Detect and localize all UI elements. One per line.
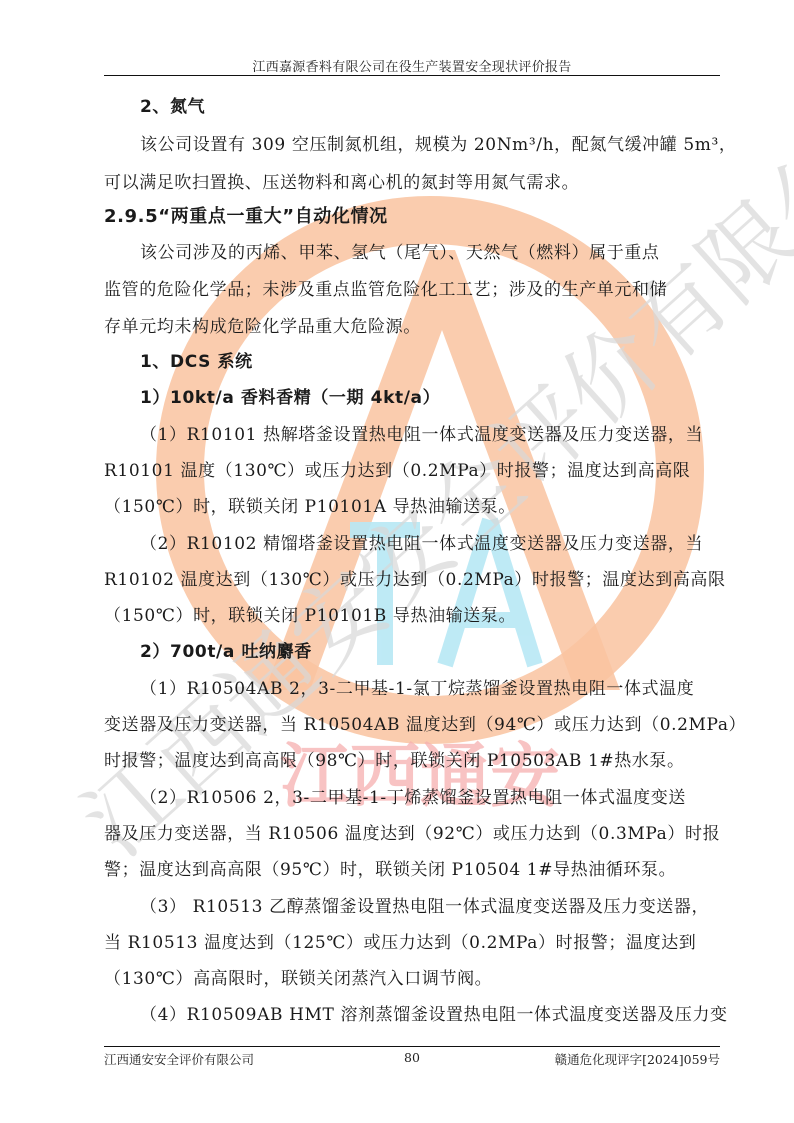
paragraph-line: R10102 温度达到（130℃）或压力达到（0.2MPa）时报警；温度达到高高… [104,569,720,591]
paragraph-line: （150℃）时，联锁关闭 P10101A 导热油输送泵。 [104,496,720,518]
footer-divider [104,1046,720,1047]
section-heading-nitrogen: 2、氮气 [104,96,720,118]
page-footer: 江西通安安全评价有限公司 80 赣通危化现评字[2024]059号 [104,1050,720,1070]
paragraph-line: R10101 温度（130℃）或压力达到（0.2MPa）时报警；温度达到高高限 [104,460,720,482]
paragraph-line: 变送器及压力变送器，当 R10504AB 温度达到（94℃）或压力达到（0.2M… [104,714,720,736]
footer-document-number: 赣通危化现评字[2024]059号 [555,1050,720,1068]
paragraph-line: （1）R10101 热解塔釜设置热电阻一体式温度变送器及压力变送器，当 [104,424,720,446]
paragraph-line: 该公司设置有 309 空压制氮机组，规模为 20Nm³/h，配氮气缓冲罐 5m³… [104,134,720,156]
paragraph-line: （2）R10506 2，3-二甲基-1-丁烯蒸馏釜设置热电阻一体式温度变送 [104,787,720,809]
paragraph-line: 可以满足吹扫置换、压送物料和离心机的氮封等用氮气需求。 [104,172,720,194]
paragraph-line: （150℃）时，联锁关闭 P10101B 导热油输送泵。 [104,605,720,627]
subsection-heading-700t: 2）700t/a 吐纳麝香 [104,641,720,663]
subsection-heading-10kt: 1）10kt/a 香料香精（一期 4kt/a） [104,387,720,409]
header-divider [104,75,720,76]
paragraph-line: 时报警；温度达到高高限（98℃）时，联锁关闭 P10503AB 1#热水泵。 [104,750,720,772]
document-page: 江西嘉源香料有限公司在役生产装置安全现状评价报告 2、氮气 该公司设置有 309… [0,0,794,1123]
paragraph-line: （3） R10513 乙醇蒸馏釜设置热电阻一体式温度变送器及压力变送器， [104,896,720,918]
paragraph-line: 存单元均未构成危险化学品重大危险源。 [104,316,720,338]
paragraph-line: 监管的危险化学品；未涉及重点监管危险化工工艺；涉及的生产单元和储 [104,279,720,301]
section-heading-2-9-5: 2.9.5“两重点一重大”自动化情况 [104,206,720,228]
paragraph-line: （130℃）高高限时，联锁关闭蒸汽入口调节阀。 [104,968,720,990]
paragraph-line: 警；温度达到高高限（95℃）时，联锁关闭 P10504 1#导热油循环泵。 [104,859,720,881]
page-header-title: 江西嘉源香料有限公司在役生产装置安全现状评价报告 [104,56,720,75]
paragraph-line: （1）R10504AB 2，3-二甲基-1-氯丁烷蒸馏釜设置热电阻一体式温度 [104,678,720,700]
paragraph-line: 当 R10513 温度达到（125℃）或压力达到（0.2MPa）时报警；温度达到 [104,932,720,954]
paragraph-line: （2）R10102 精馏塔釜设置热电阻一体式温度变送器及压力变送器，当 [104,533,720,555]
paragraph-line: （4）R10509AB HMT 溶剂蒸馏釜设置热电阻一体式温度变送器及压力变 [104,1004,720,1026]
paragraph-line: 该公司涉及的丙烯、甲苯、氢气（尾气）、天然气（燃料）属于重点 [104,242,720,264]
paragraph-line: 器及压力变送器，当 R10506 温度达到（92℃）或压力达到（0.3MPa）时… [104,823,720,845]
subsection-heading-dcs: 1、DCS 系统 [104,351,720,373]
